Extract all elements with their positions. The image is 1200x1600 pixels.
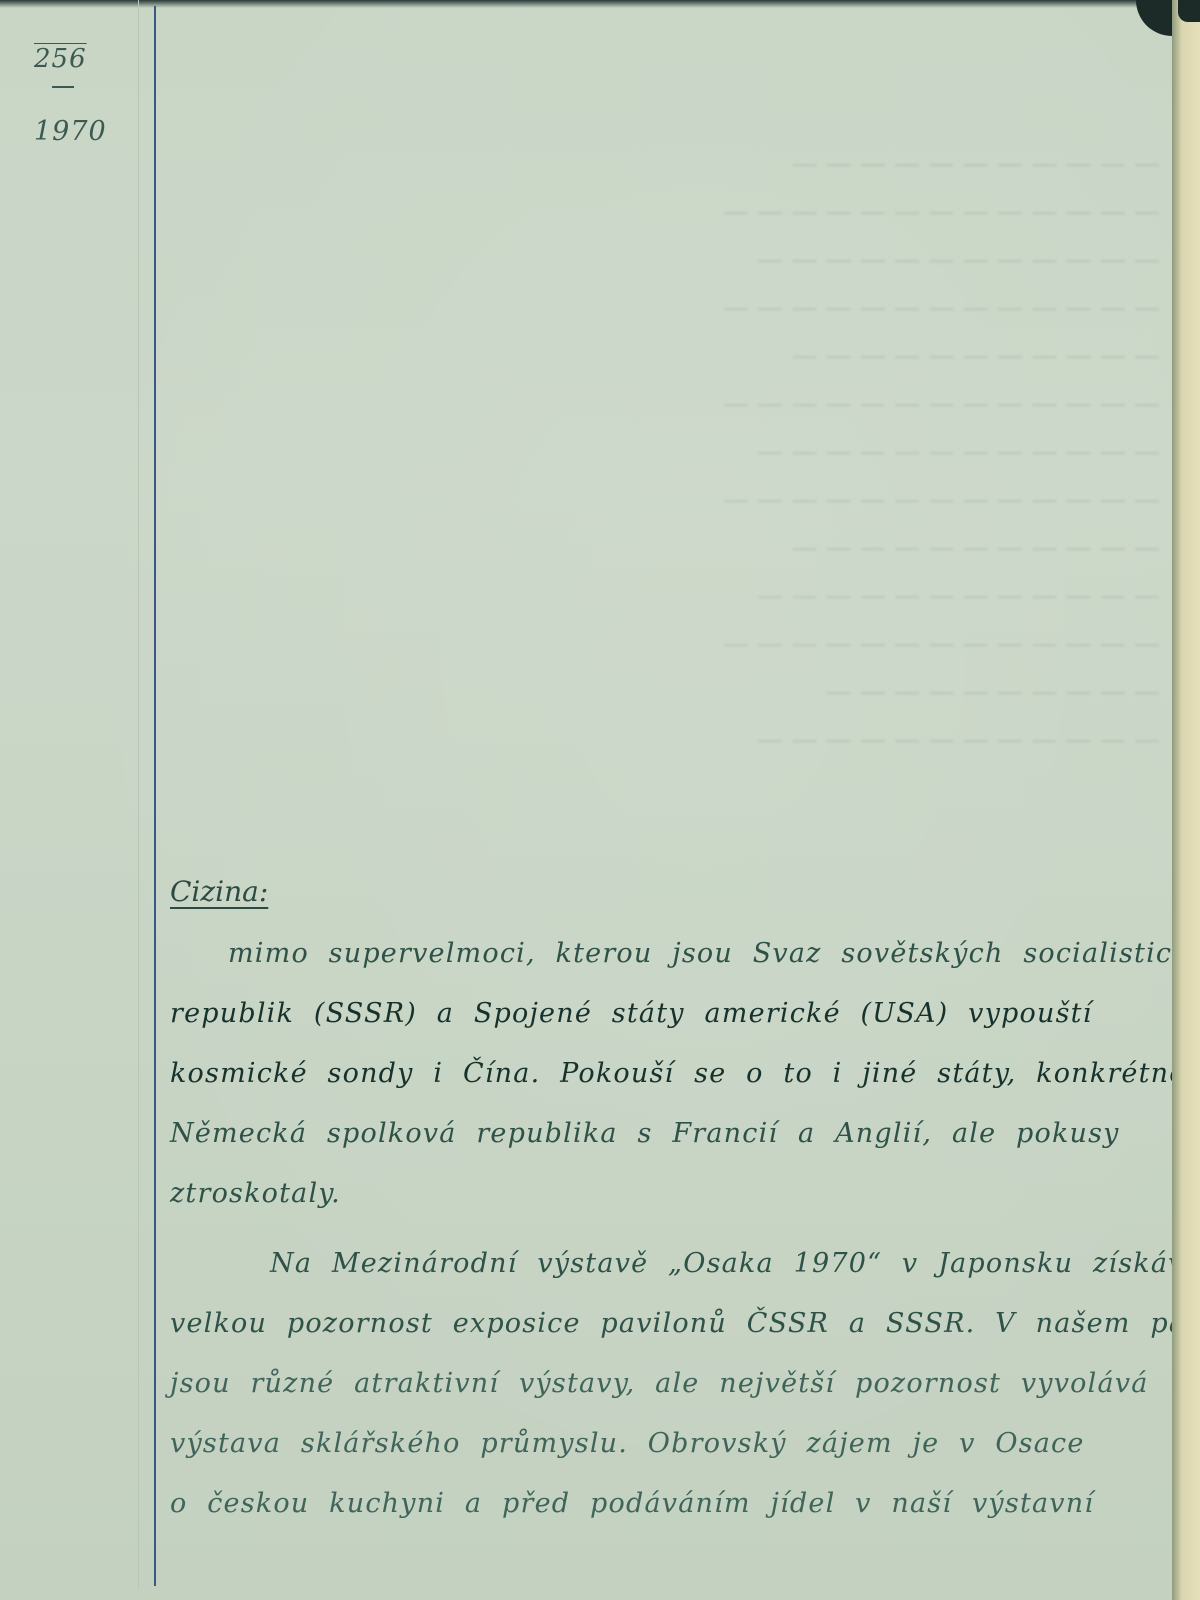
text-line: Německá spolková republika s Francií a A… xyxy=(170,1104,1160,1164)
handwritten-content: Cizina: mimo supervelmoci, kterou jsou S… xyxy=(170,870,1160,1534)
text-line: velkou pozornost exposice pavilonů ČSSR … xyxy=(170,1294,1160,1354)
margin-year: 1970 xyxy=(34,116,107,147)
paragraph-space-probes: mimo supervelmoci, kterou jsou Svaz sově… xyxy=(170,924,1160,1224)
bleed-through-text: — — — — — — — — — — — — — — — — — — — — … xyxy=(170,140,1160,840)
paragraph-osaka-expo: Na Mezinárodní výstavě „Osaka 1970“ v Ja… xyxy=(170,1234,1160,1534)
text-line: republik (SSSR) a Spojené státy americké… xyxy=(170,984,1160,1044)
text-line: mimo supervelmoci, kterou jsou Svaz sově… xyxy=(170,924,1160,984)
chronicle-page: 256 1970 — — — — — — — — — — — — — — — —… xyxy=(0,0,1172,1600)
text-line: kosmické sondy i Čína. Pokouší se o to i… xyxy=(170,1044,1160,1104)
margin-rule-faint xyxy=(138,0,139,1590)
bleed-line: — — — — — — — — — — — — xyxy=(170,236,1160,284)
text-line: o českou kuchyni a před podáváním jídel … xyxy=(170,1474,1160,1534)
page-number: 256 xyxy=(34,44,87,74)
bleed-line: — — — — — — — — — — — — — xyxy=(170,380,1160,428)
bleed-line: — — — — — — — — — — — — — xyxy=(170,188,1160,236)
bleed-line: — — — — — — — — — — — — — xyxy=(170,620,1160,668)
page-corner xyxy=(1136,0,1172,36)
text-line: ztroskotaly. xyxy=(170,1164,1160,1224)
scan-top-shadow xyxy=(0,0,1172,8)
bleed-line: — — — — — — — — — — — — xyxy=(170,716,1160,764)
adjacent-page-edge xyxy=(1172,0,1200,1600)
margin-rule xyxy=(154,6,156,1586)
bleed-line: — — — — — — — — — — — xyxy=(170,332,1160,380)
scan-background-corner xyxy=(1178,0,1200,22)
bleed-line: — — — — — — — — — — xyxy=(170,668,1160,716)
bleed-line: — — — — — — — — — — — — — xyxy=(170,476,1160,524)
bleed-line: — — — — — — — — — — — — xyxy=(170,428,1160,476)
bleed-line: — — — — — — — — — — — — xyxy=(170,572,1160,620)
paragraph-gap xyxy=(170,1224,1160,1234)
text-line: Na Mezinárodní výstavě „Osaka 1970“ v Ja… xyxy=(170,1234,1160,1294)
bleed-line: — — — — — — — — — — — xyxy=(170,524,1160,572)
bleed-line: — — — — — — — — — — — xyxy=(170,140,1160,188)
section-heading: Cizina: xyxy=(170,870,1160,914)
text-line: výstava sklářského průmyslu. Obrovský zá… xyxy=(170,1414,1160,1474)
margin-divider xyxy=(52,86,74,88)
text-line: jsou různé atraktivní výstavy, ale nejvě… xyxy=(170,1354,1160,1414)
bleed-line: — — — — — — — — — — — — — xyxy=(170,284,1160,332)
